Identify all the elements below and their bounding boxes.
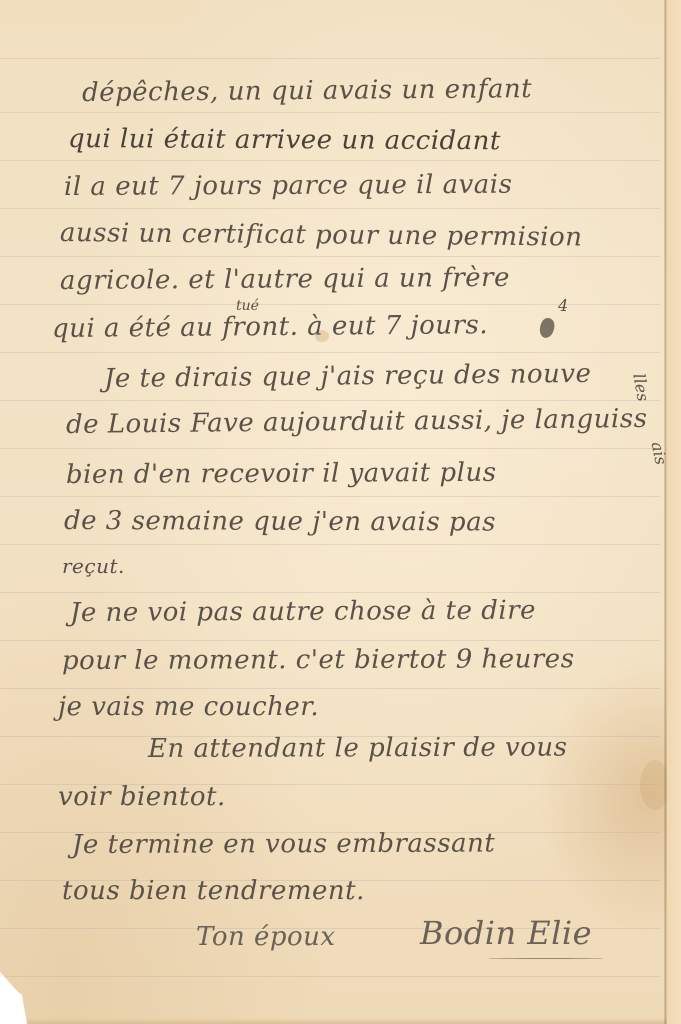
ruled-line <box>0 256 660 257</box>
letter-line-6: qui a été au front. à eut 7 jours. <box>52 310 488 344</box>
letter-line-9: bien d'en recevoir il yavait plus <box>66 458 497 490</box>
letter-line-15: En attendant le plaisir de vous <box>148 733 568 764</box>
letter-line-13: pour le moment. c'et biertot 9 heures <box>62 644 575 676</box>
letter-page: dépêches, un qui avais un enfant qui lui… <box>0 0 681 1024</box>
page-bottom-edge <box>27 1018 681 1024</box>
ruled-line <box>0 352 660 353</box>
ruled-line <box>0 208 660 209</box>
letter-line-1: dépêches, un qui avais un enfant <box>82 74 532 108</box>
letter-line-18: tous bien tendrement. <box>62 876 365 906</box>
letter-line-11: reçut. <box>62 554 125 578</box>
ruled-line <box>0 592 660 593</box>
ruled-line <box>0 112 660 113</box>
letter-line-17: Je termine en vous embrassant <box>72 829 495 860</box>
letter-line-10: de 3 semaine que j'en avais pas <box>64 506 496 538</box>
ruled-line <box>0 688 660 689</box>
letter-line-2: qui lui était arrivee un accidant <box>68 124 501 156</box>
ink-blot <box>537 316 557 340</box>
signature-flourish <box>488 958 604 959</box>
ruled-line <box>0 976 660 977</box>
correction-digit: 4 <box>558 296 568 315</box>
ruled-line <box>0 58 660 59</box>
signature-name: Bodin Elie <box>420 914 592 952</box>
page-right-margin <box>667 0 681 1024</box>
ruled-line <box>0 448 660 449</box>
letter-line-3: il a eut 7 jours parce que il avais <box>64 170 513 202</box>
letter-line-7: Je te dirais que j'ais reçu des nouve <box>104 359 592 394</box>
letter-line-12: Je ne voi pas autre chose à te dire <box>70 596 536 628</box>
margin-word-nouvelles: lles <box>629 372 653 403</box>
letter-line-8: de Louis Fave aujourduit aussi, je langu… <box>66 404 648 440</box>
letter-line-16: voir bientot. <box>58 782 226 812</box>
letter-line-14: je vais me coucher. <box>58 692 319 722</box>
ruled-line <box>0 640 660 641</box>
closing-ton-epoux: Ton époux <box>196 922 336 952</box>
ruled-line <box>0 496 660 497</box>
letter-line-5: agricole. et l'autre qui a un frère <box>60 263 510 296</box>
ruled-line <box>0 544 660 545</box>
ruled-line <box>0 400 660 401</box>
letter-line-4: aussi un certificat pour une permision <box>60 218 583 253</box>
ruled-line <box>0 160 660 161</box>
